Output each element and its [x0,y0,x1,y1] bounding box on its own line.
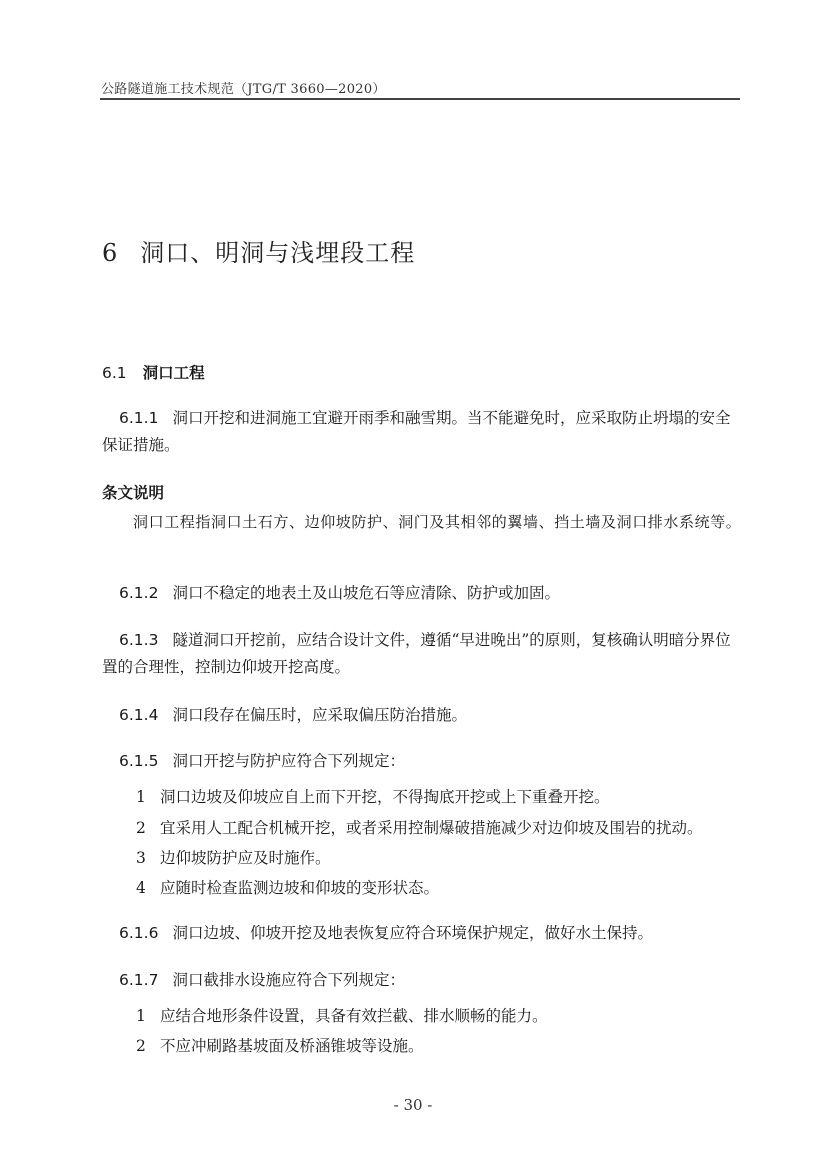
running-header: 公路隧道施工技术规范（JTG/T 3660—2020） [101,78,386,97]
chapter-number: 6 [102,239,118,267]
item-text: 应随时检查监测边坡和仰坡的变形状态。 [160,879,439,897]
clause-number: 6.1.5 [119,752,158,770]
list-item: 1应结合地形条件设置，具备有效拦截、排水顺畅的能力。 [136,1004,548,1026]
clause-text: 隧道洞口开挖前，应结合设计文件，遵循“早进晚出”的原则，复核确认明暗分界位置的合… [102,631,731,676]
item-text: 应结合地形条件设置，具备有效拦截、排水顺畅的能力。 [160,1007,548,1025]
clause-number: 6.1.7 [119,971,158,989]
clause-text: 洞口开挖与防护应符合下列规定： [172,752,405,770]
item-number: 1 [136,1007,160,1025]
explanation-title: 条文说明 [102,481,164,503]
clause-text: 洞口截排水设施应符合下列规定： [172,971,405,989]
clause-6-1-2: 6.1.2洞口不稳定的地表土及山坡危石等应清除、防护或加固。 [102,580,742,607]
clause-6-1-7: 6.1.7洞口截排水设施应符合下列规定： [102,967,742,994]
clause-6-1-4: 6.1.4洞口段存在偏压时，应采取偏压防治措施。 [102,702,742,729]
clause-6-1-3: 6.1.3隧道洞口开挖前，应结合设计文件，遵循“早进晚出”的原则，复核确认明暗分… [102,627,742,681]
clause-number: 6.1.6 [119,924,158,942]
clause-text: 洞口边坡、仰坡开挖及地表恢复应符合环境保护规定，做好水土保持。 [172,924,653,942]
section-number: 6.1 [102,364,127,382]
item-number: 2 [136,1037,160,1055]
item-text: 不应冲刷路基坡面及桥涵锥坡等设施。 [160,1037,424,1055]
item-number: 3 [136,849,160,867]
clause-text: 洞口不稳定的地表土及山坡危石等应清除、防护或加固。 [172,584,560,602]
clause-6-1-6: 6.1.6洞口边坡、仰坡开挖及地表恢复应符合环境保护规定，做好水土保持。 [102,920,742,947]
clause-number: 6.1.4 [119,706,158,724]
clause-number: 6.1.2 [119,584,158,602]
item-text: 宜采用人工配合机械开挖，或者采用控制爆破措施减少对边仰坡及围岩的扰动。 [160,819,703,837]
page-number: - 30 - [0,1096,826,1114]
clause-text: 洞口段存在偏压时，应采取偏压防治措施。 [172,706,467,724]
list-item: 2宜采用人工配合机械开挖，或者采用控制爆破措施减少对边仰坡及围岩的扰动。 [136,816,703,838]
list-item: 4应随时检查监测边坡和仰坡的变形状态。 [136,876,439,898]
clause-number: 6.1.1 [119,409,158,427]
section-title: 6.1洞口工程 [102,361,205,383]
section-title-text: 洞口工程 [143,364,205,382]
list-item: 2不应冲刷路基坡面及桥涵锥坡等设施。 [136,1034,424,1056]
chapter-title-text: 洞口、明洞与浅埋段工程 [140,239,415,267]
list-item: 3边仰坡防护应及时施作。 [136,846,331,868]
clause-6-1-5: 6.1.5洞口开挖与防护应符合下列规定： [102,748,742,775]
list-item: 1洞口边坡及仰坡应自上而下开挖，不得掏底开挖或上下重叠开挖。 [136,785,610,807]
item-text: 边仰坡防护应及时施作。 [160,849,331,867]
header-rule [100,98,740,100]
clause-6-1-1: 6.1.1洞口开挖和进洞施工宜避开雨季和融雪期。当不能避免时，应采取防止坍塌的安… [102,405,742,459]
clause-number: 6.1.3 [119,631,158,649]
item-number: 1 [136,788,160,806]
item-number: 2 [136,819,160,837]
clause-text: 洞口开挖和进洞施工宜避开雨季和融雪期。当不能避免时，应采取防止坍塌的安全保证措施… [102,409,730,454]
explanation-text: 洞口工程指洞口土石方、边仰坡防护、洞门及其相邻的翼墙、挡土墙及洞口排水系统等。 [102,509,742,536]
document-page: 公路隧道施工技术规范（JTG/T 3660—2020） 6洞口、明洞与浅埋段工程… [0,0,826,1169]
item-text: 洞口边坡及仰坡应自上而下开挖，不得掏底开挖或上下重叠开挖。 [160,788,610,806]
item-number: 4 [136,879,160,897]
chapter-title: 6洞口、明洞与浅埋段工程 [102,233,415,268]
